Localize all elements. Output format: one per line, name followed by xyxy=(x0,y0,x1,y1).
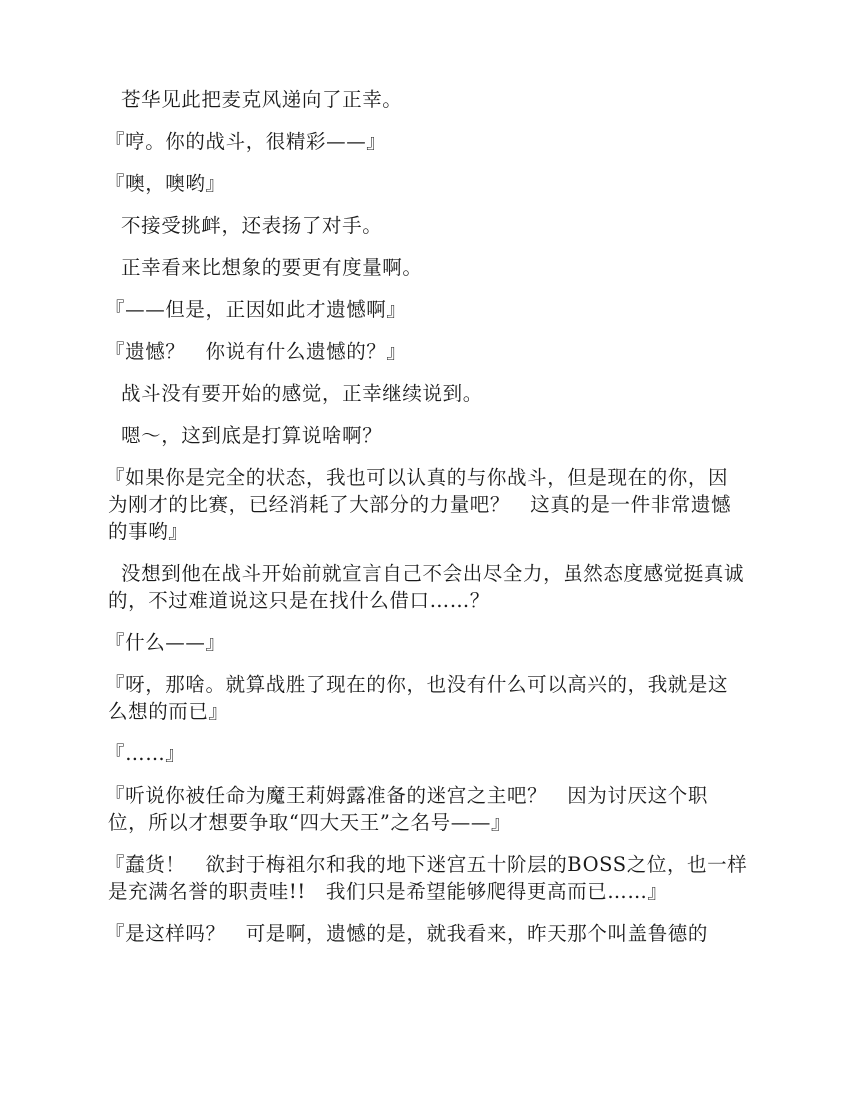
narration-paragraph: 正幸看来比想象的要更有度量啊。 xyxy=(108,254,748,281)
dialogue-paragraph: 『噢，噢哟』 xyxy=(108,170,748,197)
narration-paragraph: 苍华见此把麦克风递向了正幸。 xyxy=(108,86,748,113)
narration-paragraph: 战斗没有要开始的感觉，正幸继续说到。 xyxy=(108,380,748,407)
dialogue-paragraph: 『呀，那啥。就算战胜了现在的你，也没有什么可以高兴的，我就是这么想的而已』 xyxy=(108,671,748,725)
dialogue-paragraph: 『遗憾？ 你说有什么遗憾的？』 xyxy=(108,338,748,365)
dialogue-paragraph: 『如果你是完全的状态，我也可以认真的与你战斗，但是现在的你，因为刚才的比赛，已经… xyxy=(108,464,748,545)
narration-paragraph: 嗯～，这到底是打算说啥啊？ xyxy=(108,422,748,449)
narration-paragraph: 不接受挑衅，还表扬了对手。 xyxy=(108,212,748,239)
dialogue-paragraph: 『是这样吗？ 可是啊，遗憾的是，就我看来，昨天那个叫盖鲁德的 xyxy=(108,920,748,947)
dialogue-paragraph: 『哼。你的战斗，很精彩——』 xyxy=(108,128,748,155)
dialogue-paragraph: 『……』 xyxy=(108,740,748,767)
document-page: 苍华见此把麦克风递向了正幸。 『哼。你的战斗，很精彩——』 『噢，噢哟』 不接受… xyxy=(108,86,748,962)
dialogue-paragraph: 『什么——』 xyxy=(108,629,748,656)
dialogue-paragraph: 『听说你被任命为魔王莉姆露准备的迷宫之主吧？ 因为讨厌这个职位，所以才想要争取“… xyxy=(108,782,748,836)
dialogue-paragraph: 『——但是，正因如此才遗憾啊』 xyxy=(108,296,748,323)
narration-paragraph: 没想到他在战斗开始前就宣言自己不会出尽全力，虽然态度感觉挺真诚的，不过难道说这只… xyxy=(108,560,748,614)
dialogue-paragraph: 『蠢货！ 欲封于梅祖尔和我的地下迷宫五十阶层的BOSS之位，也一样是充满名誉的职… xyxy=(108,851,748,905)
